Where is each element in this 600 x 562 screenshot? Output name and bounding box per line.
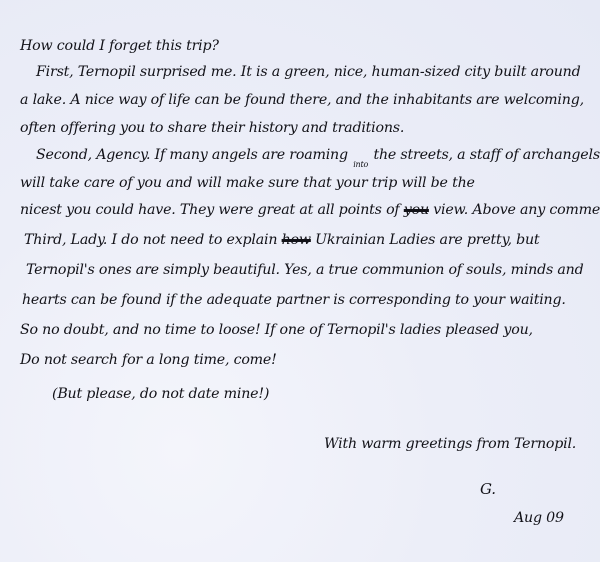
letter-signature: G. — [480, 480, 496, 498]
paragraph-1-line-1: First, Ternopil surprised me. It is a gr… — [36, 64, 581, 80]
paragraph-4-line-1: So no doubt, and no time to loose! If on… — [20, 322, 533, 338]
paragraph-3-line-1-start: Third, Lady. I do not need to explain — [24, 232, 277, 248]
letter-aside: (But please, do not date mine!) — [52, 386, 269, 402]
paragraph-3-line-1-end: Ukrainian Ladies are pretty, but — [315, 232, 539, 248]
paragraph-2-line-2: will take care of you and will make sure… — [20, 175, 475, 191]
paragraph-1-line-3: often offering you to share their histor… — [20, 120, 404, 136]
handwritten-letter: How could I forget this trip? First, Ter… — [0, 0, 600, 562]
paragraph-2-line-1: Second, Agency. If many angels are roami… — [36, 147, 600, 163]
inserted-word: into — [353, 160, 368, 169]
paragraph-3-line-3: hearts can be found if the adequate part… — [22, 292, 566, 308]
letter-greeting: How could I forget this trip? — [20, 38, 219, 54]
letter-closing: With warm greetings from Ternopil. — [324, 436, 576, 452]
paragraph-2-line-3-start: nicest you could have. They were great a… — [20, 202, 399, 218]
paragraph-2-line-3: nicest you could have. They were great a… — [20, 202, 600, 218]
struck-word: how — [282, 232, 311, 248]
paragraph-2-line-1-start: Second, Agency. If many angels are roami… — [36, 147, 348, 163]
paragraph-2-line-1-end: the streets, a staff of archangels — [373, 147, 599, 163]
paragraph-3-line-1: Third, Lady. I do not need to explain ho… — [24, 232, 539, 248]
paragraph-3-line-2: Ternopil's ones are simply beautiful. Ye… — [26, 262, 583, 278]
letter-date: Aug 09 — [514, 510, 564, 526]
paragraph-2-line-3-end: view. Above any comment. — [433, 202, 600, 218]
paragraph-1-line-2: a lake. A nice way of life can be found … — [20, 92, 584, 108]
paragraph-4-line-2: Do not search for a long time, come! — [20, 352, 277, 368]
struck-word: you — [404, 202, 429, 218]
